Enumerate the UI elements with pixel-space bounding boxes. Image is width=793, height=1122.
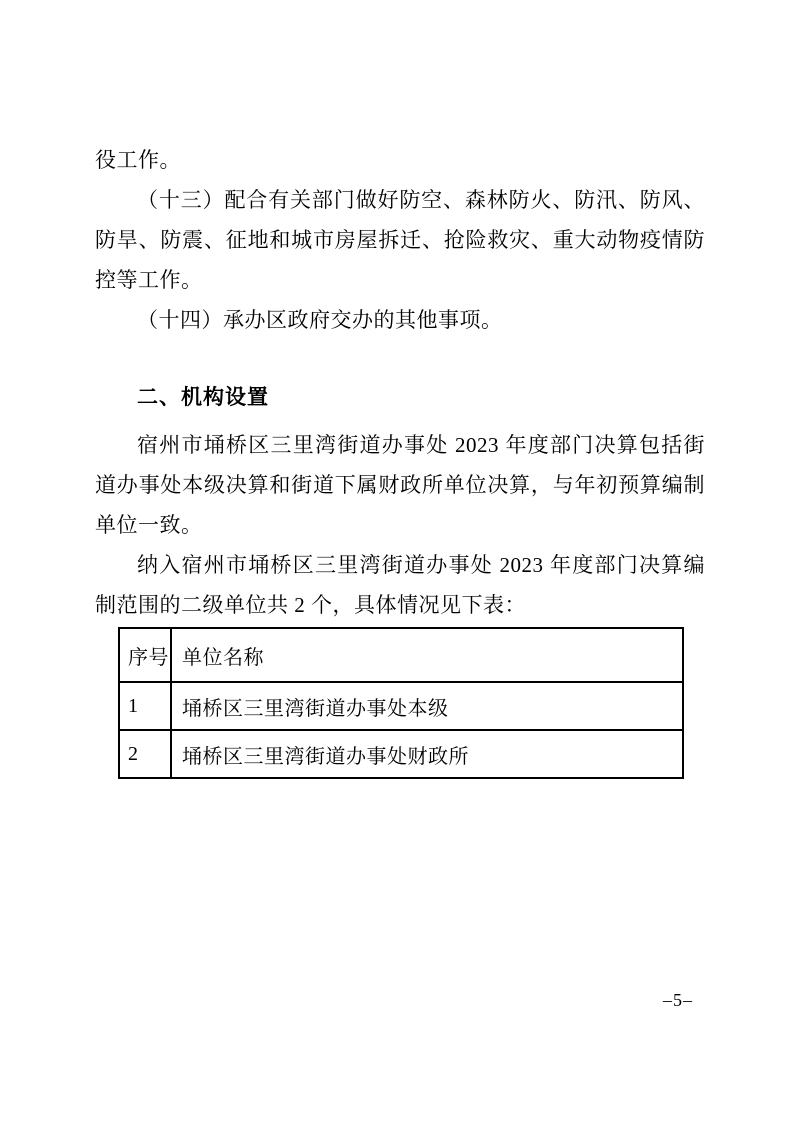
units-table-row1-seq: 1 [119,682,171,730]
units-table-row2-name: 埇桥区三里湾街道办事处财政所 [171,730,683,778]
paragraph-item-14: （十四）承办区政府交办的其他事项。 [95,300,705,340]
paragraph-item-13: （十三）配合有关部门做好防空、森林防火、防汛、防风、防旱、防震、征地和城市房屋拆… [95,180,705,300]
units-table-header-row: 序号 单位名称 [119,628,683,682]
units-table-header-seq: 序号 [119,628,171,682]
page-number: –5– [663,990,693,1011]
table-row: 2 埇桥区三里湾街道办事处财政所 [119,730,683,778]
table-row: 1 埇桥区三里湾街道办事处本级 [119,682,683,730]
document-page: 役工作。 （十三）配合有关部门做好防空、森林防火、防汛、防风、防旱、防震、征地和… [0,0,793,1122]
paragraph-units-intro: 纳入宿州市埇桥区三里湾街道办事处 2023 年度部门决算编制范围的二级单位共 2… [95,545,705,625]
paragraph-continuation: 役工作。 [95,140,705,180]
units-table-row1-name: 埇桥区三里湾街道办事处本级 [171,682,683,730]
units-table-row2-seq: 2 [119,730,171,778]
units-table-header-name: 单位名称 [171,628,683,682]
paragraph-organization-overview: 宿州市埇桥区三里湾街道办事处 2023 年度部门决算包括街道办事处本级决算和街道… [95,425,705,545]
document-content: 役工作。 （十三）配合有关部门做好防空、森林防火、防汛、防风、防旱、防震、征地和… [95,140,705,779]
units-table: 序号 单位名称 1 埇桥区三里湾街道办事处本级 2 埇桥区三里湾街道办事处财政所 [118,627,684,779]
section-heading-organization-setup: 二、机构设置 [95,378,705,418]
